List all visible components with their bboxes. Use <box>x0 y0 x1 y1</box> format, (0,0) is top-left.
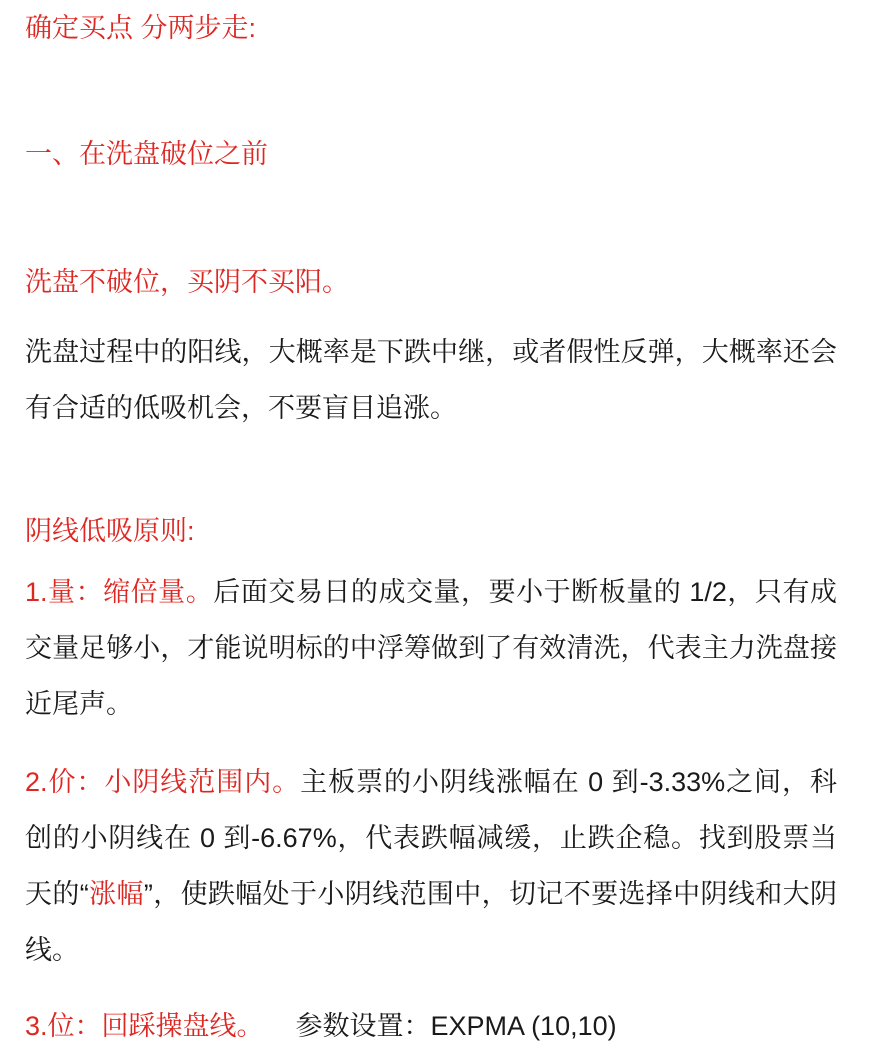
wash-rule-body-text: 洗盘过程中的阳线，大概率是下跌中继，或者假性反弹，大概率还会有合适的低吸机会，不… <box>25 337 837 423</box>
principle-2-highlight-zhangfu: 涨幅 <box>89 879 144 909</box>
principle-1-label: 1.量：缩倍量。 <box>25 577 213 607</box>
principle-2-label: 2.价：小阴线范围内。 <box>25 767 300 797</box>
section-one-heading: 一、在洗盘破位之前 <box>25 126 837 182</box>
wash-rule-heading-text: 洗盘不破位，买阴不买阳。 <box>25 267 349 297</box>
principle-3-position: 3.位：回踩操盘线。参数设置：EXPMA (10,10) <box>25 998 837 1054</box>
principle-3-parameter-setting: 参数设置：EXPMA (10,10) <box>296 1011 617 1041</box>
section-one-heading-text: 一、在洗盘破位之前 <box>25 139 268 169</box>
wash-rule-body: 洗盘过程中的阳线，大概率是下跌中继，或者假性反弹，大概率还会有合适的低吸机会，不… <box>25 324 837 436</box>
title-text: 确定买点 分两步走: <box>25 13 256 43</box>
principle-2-body-part2: ”，使跌幅处于小阴线范围中，切记不要选择中阴线和大阴线。 <box>25 879 837 965</box>
principle-1-volume: 1.量：缩倍量。后面交易日的成交量，要小于断板量的 1/2，只有成交量足够小，才… <box>25 564 837 732</box>
dip-buy-principles-heading: 阴线低吸原则: <box>25 503 837 559</box>
principle-2-price: 2.价：小阴线范围内。主板票的小阴线涨幅在 0 到-3.33%之间，科创的小阴线… <box>25 754 837 978</box>
dip-buy-principles-heading-text: 阴线低吸原则: <box>25 516 195 546</box>
principle-3-label: 3.位：回踩操盘线。 <box>25 1011 264 1041</box>
wash-rule-heading: 洗盘不破位，买阴不买阳。 <box>25 254 837 310</box>
title-line: 确定买点 分两步走: <box>25 0 837 56</box>
document-page: 确定买点 分两步走: 一、在洗盘破位之前 洗盘不破位，买阴不买阳。 洗盘过程中的… <box>0 0 875 1061</box>
